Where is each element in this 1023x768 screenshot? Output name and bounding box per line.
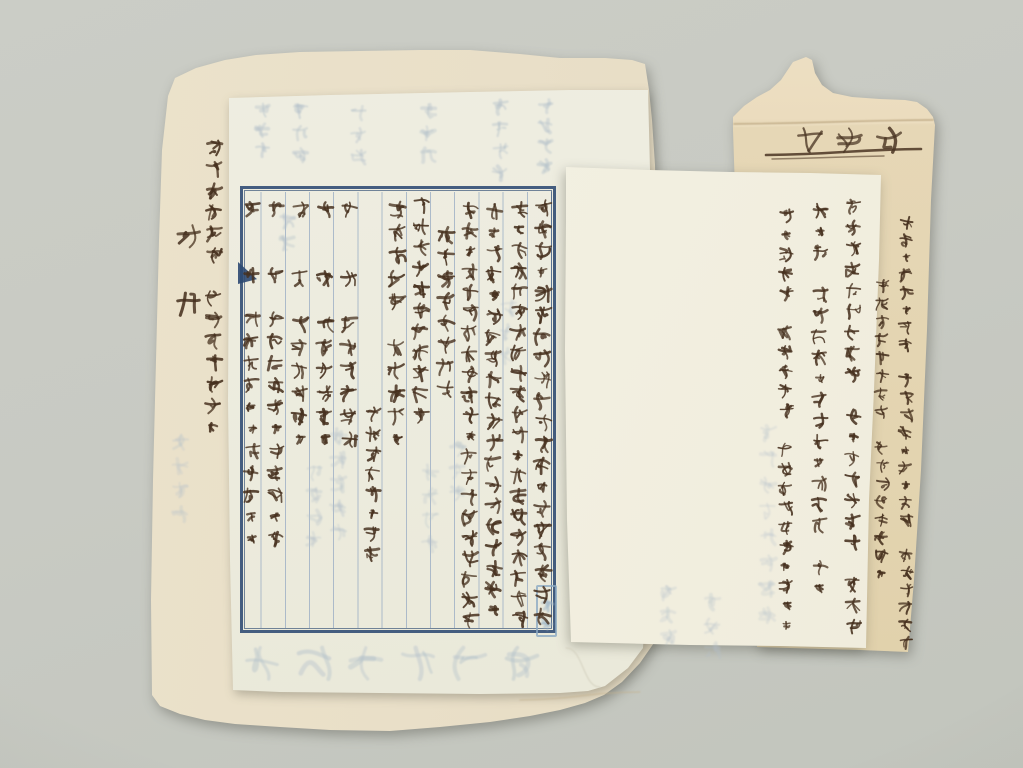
envelope-wrap xyxy=(0,0,1023,768)
tan-sheet-wrap xyxy=(0,0,1023,768)
ruled-sheet-wrap xyxy=(0,0,1023,768)
envelope xyxy=(0,0,1023,768)
blue-corner-marker xyxy=(238,262,257,284)
printed-seal-box xyxy=(536,585,557,637)
brush-writing xyxy=(178,128,921,649)
tan-document-sheet xyxy=(0,0,1023,768)
white-note-sheet xyxy=(0,0,1023,768)
showthrough-ghost-writing xyxy=(172,100,933,700)
ruled-letter-sheet xyxy=(0,0,1023,768)
column-rules xyxy=(244,192,552,628)
handwriting-ink-layer xyxy=(0,0,1023,768)
ruled-frame-border xyxy=(240,186,556,633)
photo-background xyxy=(0,0,1023,768)
white-sheet-wrap xyxy=(0,0,1023,768)
